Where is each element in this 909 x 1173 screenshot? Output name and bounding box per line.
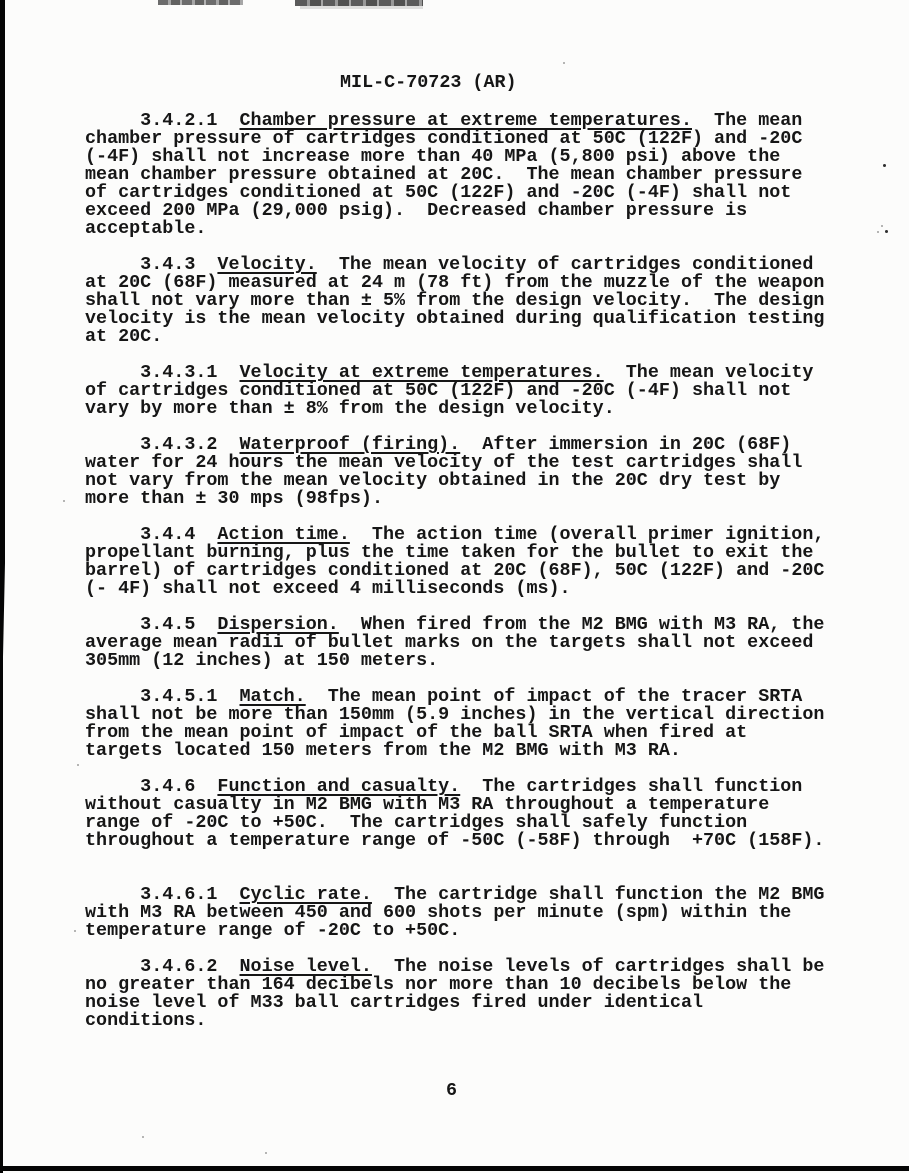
section-3-4-4: 3.4.4Action time. The action time (overa… xyxy=(85,526,865,598)
section-body-lines: average mean radii of bullet marks on th… xyxy=(85,634,865,670)
scan-edge-left-artifact xyxy=(0,0,5,1173)
section-body-lines: chamber pressure of cartridges condition… xyxy=(85,130,865,238)
section-3-4-5-1: 3.4.5.1Match. The mean point of impact o… xyxy=(85,688,865,760)
scan-speck xyxy=(885,230,888,233)
section-body-lines: shall not be more than 150mm (5.9 inches… xyxy=(85,706,865,760)
page-content: MIL-C-70723 (AR) 3.4.2.1Chamber pressure… xyxy=(85,74,865,1100)
document-id-header: MIL-C-70723 (AR) xyxy=(340,74,865,92)
section-body-lines: no greater than 164 decibels nor more th… xyxy=(85,976,865,1030)
scan-speck xyxy=(881,225,883,227)
section-3-4-2-1: 3.4.2.1Chamber pressure at extreme tempe… xyxy=(85,112,865,238)
section-3-4-5: 3.4.5Dispersion. When fired from the M2 … xyxy=(85,616,865,670)
document-body: 3.4.2.1Chamber pressure at extreme tempe… xyxy=(85,112,865,1030)
section-body-lines: at 20C (68F) measured at 24 m (78 ft) fr… xyxy=(85,274,865,346)
scan-edge-bottom-artifact xyxy=(0,1166,909,1171)
section-3-4-3: 3.4.3Velocity. The mean velocity of cart… xyxy=(85,256,865,346)
scan-speck xyxy=(142,1136,144,1138)
section-body-lines: water for 24 hours the mean velocity of … xyxy=(85,454,865,508)
section-body-lines: without casualty in M2 BMG with M3 RA th… xyxy=(85,796,865,850)
section-3-4-3-1: 3.4.3.1Velocity at extreme temperatures.… xyxy=(85,364,865,418)
section-body-lines: of cartridges conditioned at 50C (122F) … xyxy=(85,382,865,418)
page-number: 6 xyxy=(85,1082,818,1100)
scanned-document-page: MIL-C-70723 (AR) 3.4.2.1Chamber pressure… xyxy=(0,0,909,1173)
scan-speck xyxy=(74,930,76,932)
section-3-4-6: 3.4.6Function and casualty. The cartridg… xyxy=(85,778,865,850)
scan-speck xyxy=(883,164,886,167)
section-body-lines: with M3 RA between 450 and 600 shots per… xyxy=(85,904,865,940)
scan-speck xyxy=(63,500,65,502)
scan-speck xyxy=(877,231,879,233)
section-3-4-6-1: 3.4.6.1Cyclic rate. The cartridge shall … xyxy=(85,886,865,940)
scan-smudge-artifact xyxy=(300,6,423,9)
section-body-lines: propellant burning, plus the time taken … xyxy=(85,544,865,598)
scan-speck xyxy=(77,764,79,766)
scan-speck xyxy=(265,1152,267,1154)
scan-speck xyxy=(563,62,565,64)
section-3-4-3-2: 3.4.3.2Waterproof (firing). After immers… xyxy=(85,436,865,508)
scan-smudge-artifact xyxy=(158,0,243,5)
section-3-4-6-2: 3.4.6.2Noise level. The noise levels of … xyxy=(85,958,865,1030)
